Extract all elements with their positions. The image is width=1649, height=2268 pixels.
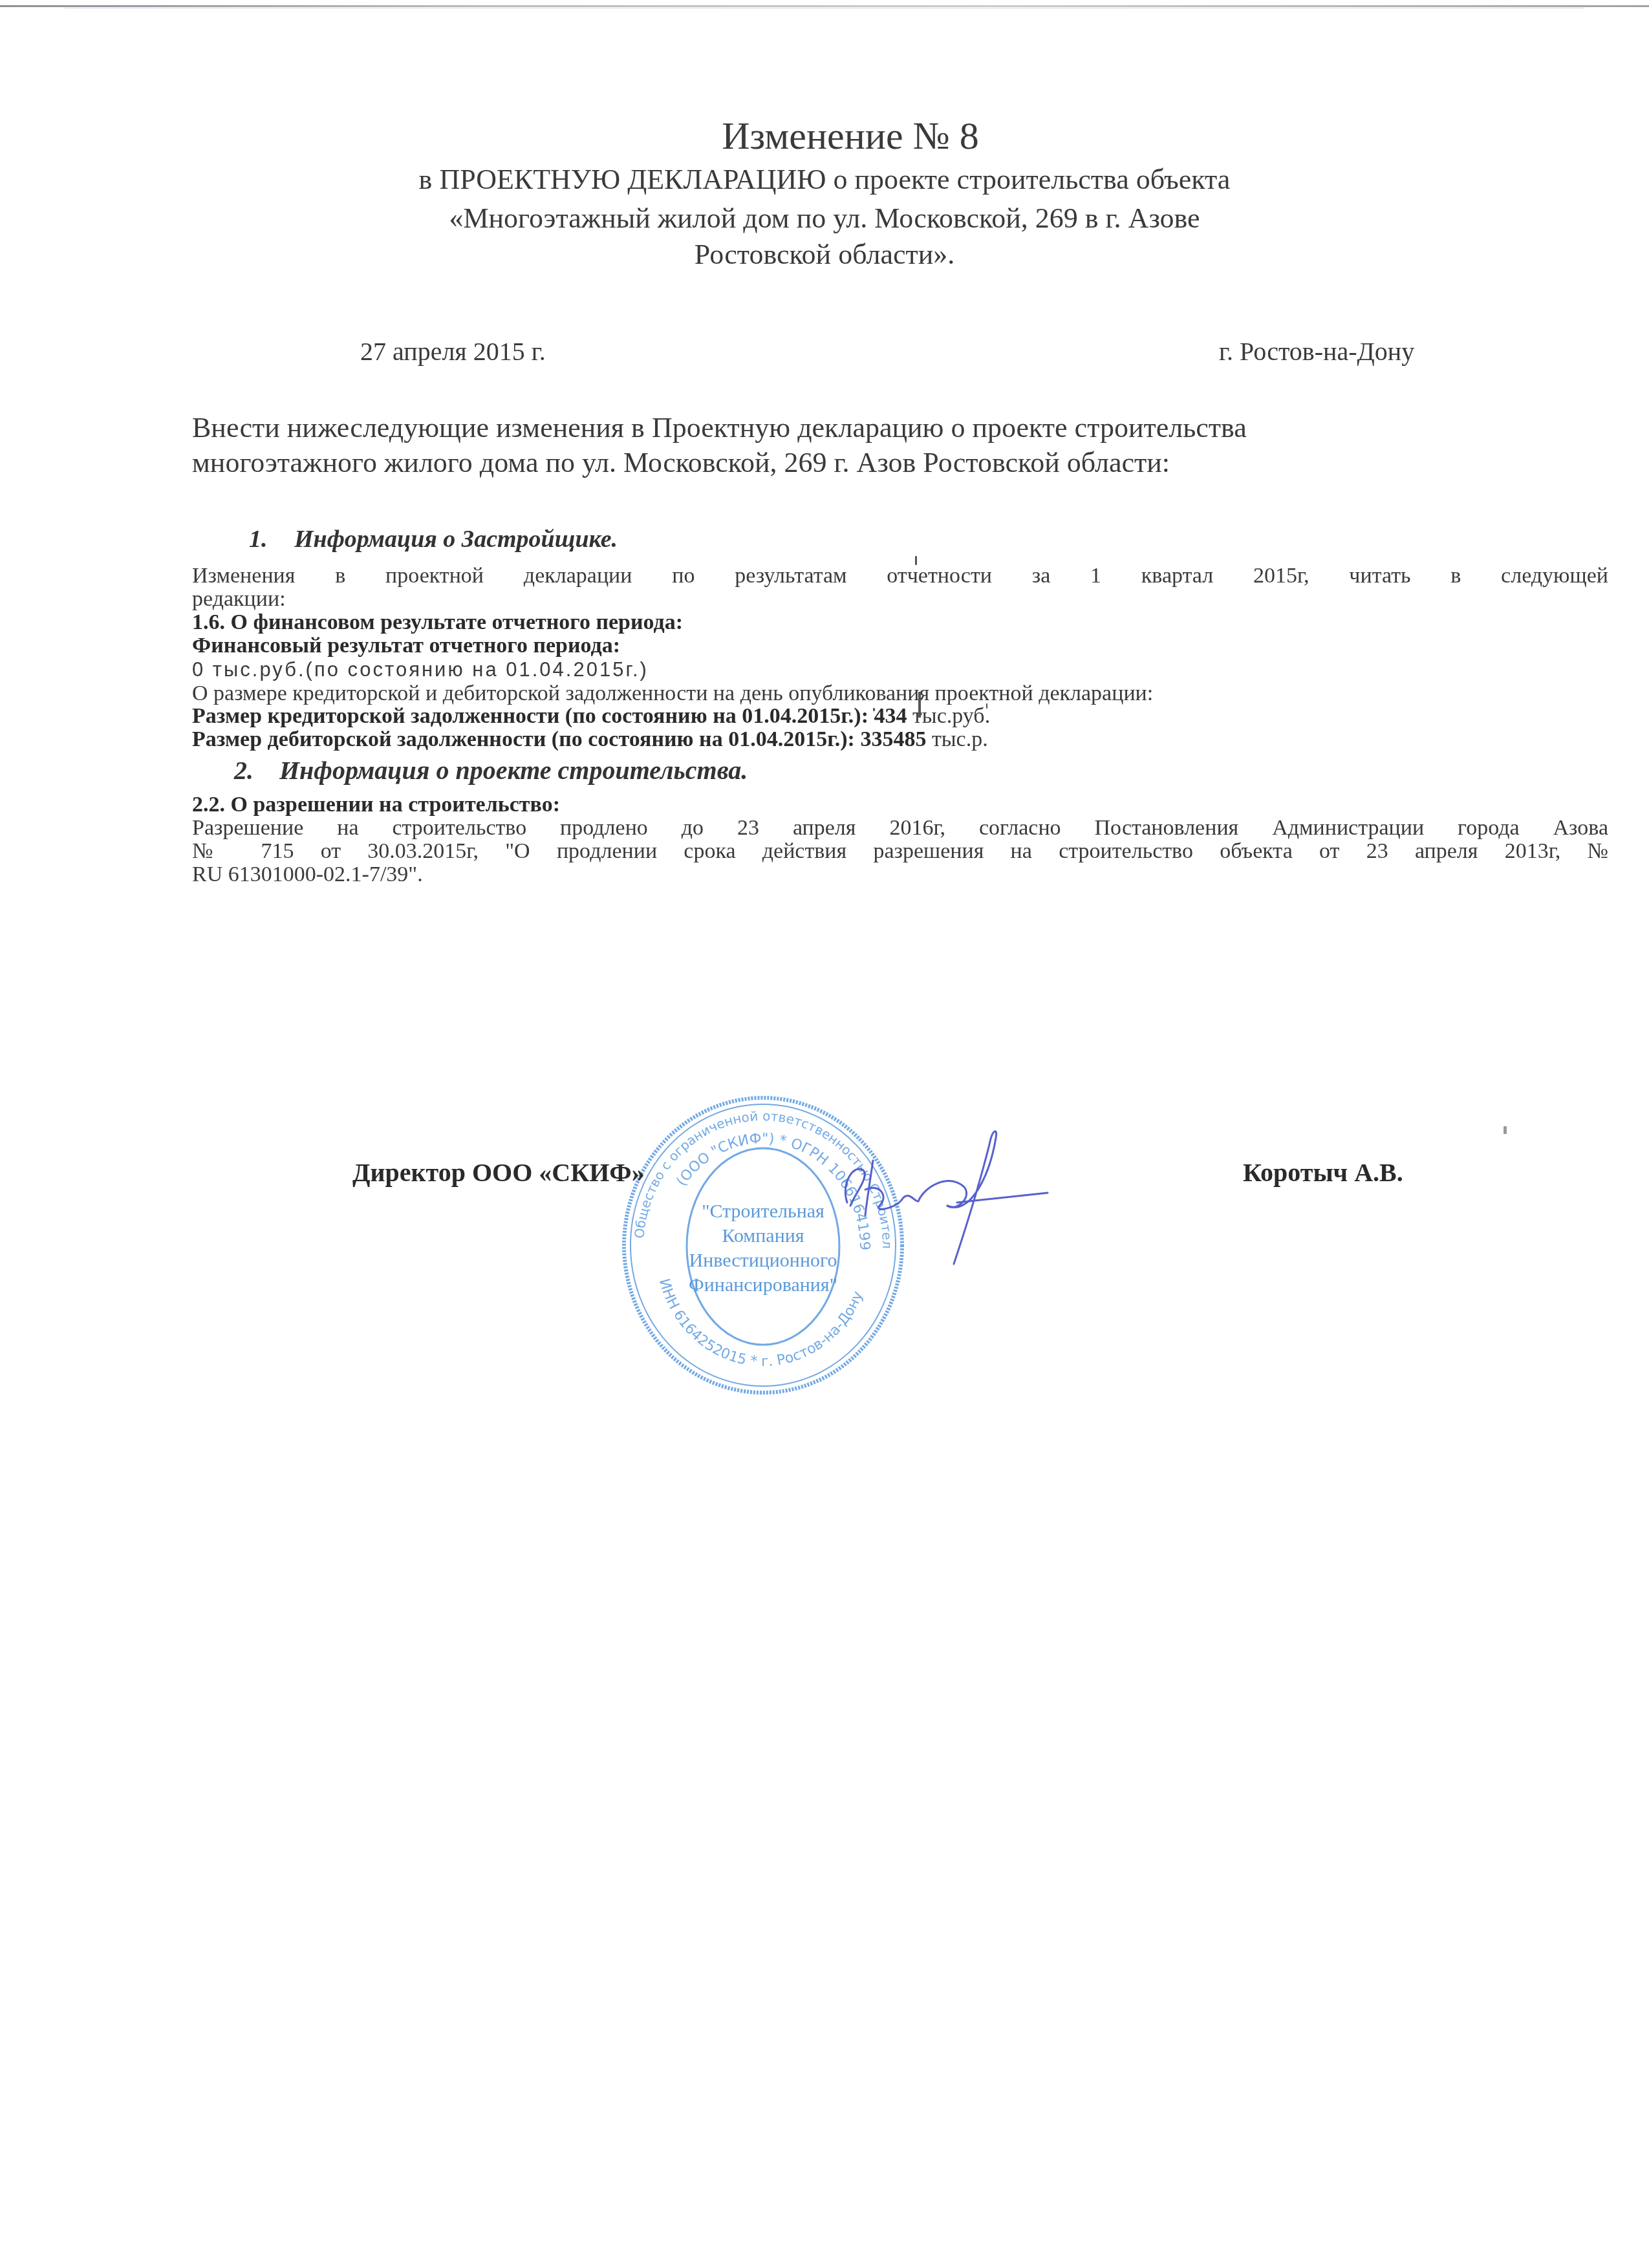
section-1-intro-line-1: Изменения в проектной декларации по резу… bbox=[192, 564, 1608, 588]
signatory-name: Коротыч А.В. bbox=[1243, 1157, 1403, 1188]
scan-speck bbox=[915, 556, 917, 565]
permit-line-2: № 715 от 30.03.2015г, "О продлении срока… bbox=[192, 839, 1608, 864]
document-title: Изменение № 8 bbox=[0, 114, 1649, 158]
financial-result-value: 0 тыс.руб.(по состоянию на 01.04.2015г.) bbox=[192, 658, 649, 681]
document-date: 27 апреля 2015 г. bbox=[360, 336, 546, 367]
creditor-debt-label: Размер кредиторской задолженности (по со… bbox=[192, 704, 907, 728]
section-1-intro-line-2: редакции: bbox=[192, 587, 286, 612]
scan-speck bbox=[986, 703, 987, 709]
signatory-position: Директор ООО «СКИФ» bbox=[352, 1157, 645, 1188]
handwritten-signature-icon bbox=[834, 1125, 1106, 1274]
creditor-debt-row: Размер кредиторской задолженности (по со… bbox=[192, 704, 990, 729]
section-2-number: 2. bbox=[234, 755, 279, 786]
intro-line-2: многоэтажного жилого дома по ул. Московс… bbox=[192, 446, 1170, 479]
subtitle-line-3: Ростовской области». bbox=[0, 238, 1649, 271]
debt-intro: О размере кредиторской и дебиторской зад… bbox=[192, 681, 1153, 706]
svg-text:Финансирования": Финансирования" bbox=[689, 1274, 837, 1296]
debtor-debt-label: Размер дебиторской задолженности (по сос… bbox=[192, 727, 926, 751]
debtor-debt-unit: тыс.р. bbox=[926, 727, 987, 751]
debtor-debt-row: Размер дебиторской задолженности (по сос… bbox=[192, 727, 988, 752]
scan-edge-line-secondary bbox=[65, 8, 1584, 8]
intro-line-1: Внести нижеследующие изменения в Проектн… bbox=[192, 411, 1247, 444]
section-2-heading: 2.Информация о проекте строительства. bbox=[234, 755, 748, 786]
svg-text:"Строительная: "Строительная bbox=[702, 1201, 824, 1222]
scan-speck bbox=[873, 708, 875, 711]
section-1-heading: 1.Информация о Застройщике. bbox=[249, 525, 618, 553]
svg-text:Инвестиционного: Инвестиционного bbox=[689, 1250, 837, 1271]
section-1-title: Информация о Застройщике. bbox=[294, 526, 618, 553]
svg-text:Компания: Компания bbox=[722, 1225, 804, 1246]
subsection-1-6-heading: 1.6. О финансовом результате отчетного п… bbox=[192, 610, 683, 635]
permit-line-3: RU 61301000-02.1-7/39". bbox=[192, 862, 423, 887]
title-text: Изменение № 8 bbox=[722, 114, 979, 157]
subsection-2-2-heading: 2.2. О разрешении на строительство: bbox=[192, 793, 560, 817]
subtitle-line-1: в ПРОЕКТНУЮ ДЕКЛАРАЦИЮ о проекте строите… bbox=[0, 163, 1649, 196]
subtitle-line-2: «Многоэтажный жилой дом по ул. Московско… bbox=[0, 202, 1649, 235]
permit-line-1: Разрешение на строительство продлено до … bbox=[192, 816, 1608, 840]
document-city: г. Ростов-на-Дону bbox=[1219, 336, 1414, 367]
scan-speck bbox=[918, 692, 921, 718]
financial-result-label: Финансовый результат отчетного периода: bbox=[192, 634, 620, 658]
section-1-number: 1. bbox=[249, 525, 294, 553]
scan-speck bbox=[1503, 1126, 1507, 1134]
section-2-title: Информация о проекте строительства. bbox=[279, 756, 748, 785]
scan-edge-line bbox=[0, 5, 1649, 7]
